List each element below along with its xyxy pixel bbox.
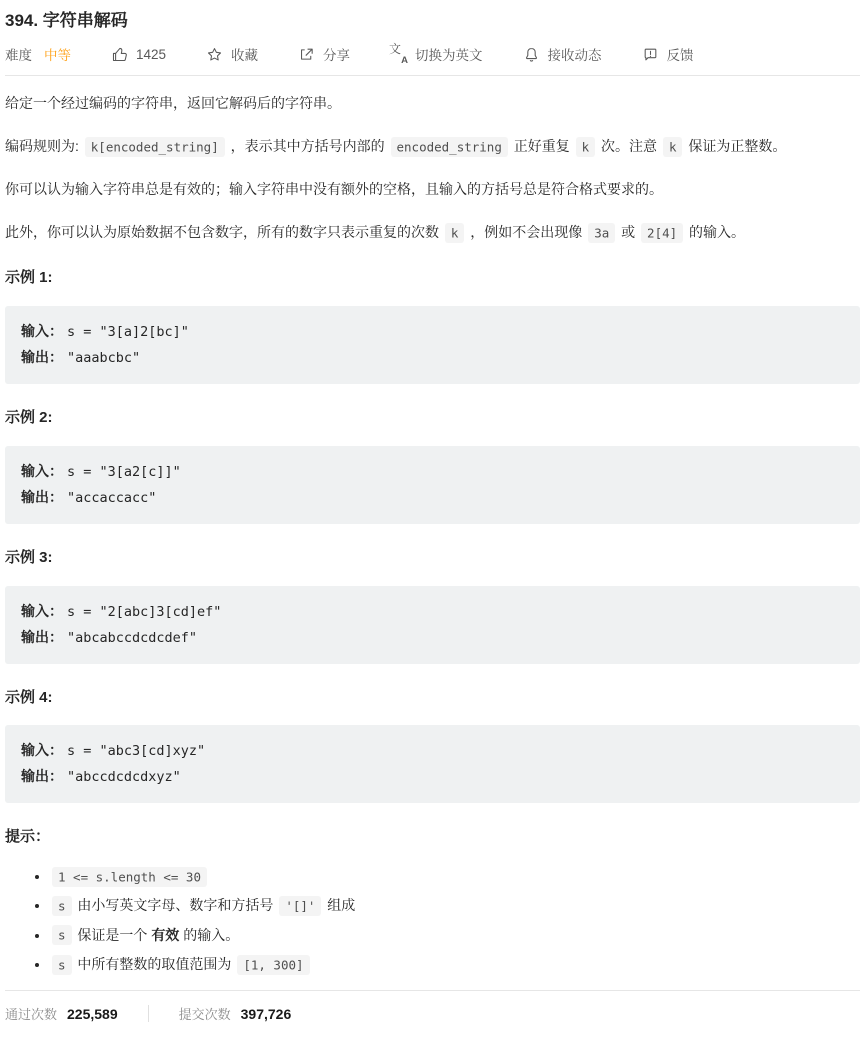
problem-description: 给定一个经过编码的字符串，返回它解码后的字符串。 编码规则为: k[encode… xyxy=(5,76,860,974)
text: 的输入。 xyxy=(179,927,239,943)
thumbs-up-icon xyxy=(111,46,128,63)
input-label: 输入： xyxy=(21,323,63,339)
input-value: s = "3[a2[c]]" xyxy=(67,464,181,480)
output-label: 输出： xyxy=(21,349,63,365)
example-output-line: 输出："abccdcdcdxyz" xyxy=(21,764,844,790)
share-icon xyxy=(298,46,315,63)
notifications-label: 接收动态 xyxy=(548,44,602,64)
input-label: 输入： xyxy=(21,742,63,758)
favorite-button[interactable]: 收藏 xyxy=(206,44,258,64)
text: 中所有整数的取值范围为 xyxy=(74,956,236,972)
example-input-line: 输入：s = "abc3[cd]xyz" xyxy=(21,738,844,764)
output-label: 输出： xyxy=(21,629,63,645)
bell-icon xyxy=(523,46,540,63)
text: 或 xyxy=(617,224,639,240)
text: 编码规则为: xyxy=(5,138,83,154)
translate-icon-a: A xyxy=(401,56,408,65)
text: 保证为正整数。 xyxy=(684,138,786,154)
output-value: "accaccacc" xyxy=(67,490,156,506)
example-input-line: 输入：s = "3[a2[c]]" xyxy=(21,459,844,485)
example-2-block: 输入：s = "3[a2[c]]"输出："accaccacc" xyxy=(5,446,860,524)
text: 正好重复 xyxy=(510,138,574,154)
feedback-icon xyxy=(642,46,659,63)
hint-item: s 中所有整数的取值范围为 [1, 300] xyxy=(50,954,860,974)
difficulty-value[interactable]: 中等 xyxy=(44,44,71,64)
switch-language-button[interactable]: 文 A 切换为英文 xyxy=(390,44,483,64)
example-1-heading: 示例 1: xyxy=(5,266,860,291)
example-3-heading: 示例 3: xyxy=(5,546,860,571)
inline-code: 2[4] xyxy=(641,223,683,243)
description-paragraph-4: 此外，你可以认为原始数据不包含数字，所有的数字只表示重复的次数 k ，例如不会出… xyxy=(5,221,860,244)
inline-code: 1 <= s.length <= 30 xyxy=(52,867,207,887)
stats-divider xyxy=(148,1005,149,1022)
accepted-count-label: 通过次数 xyxy=(5,1004,57,1023)
problem-page: 394. 字符串解码 难度 中等 1425 收藏 xyxy=(0,0,868,1037)
inline-code: 3a xyxy=(588,223,615,243)
difficulty: 难度 中等 xyxy=(5,44,71,64)
submitted-count-value: 397,726 xyxy=(241,1006,292,1022)
input-value: s = "2[abc]3[cd]ef" xyxy=(67,604,221,620)
inline-code: s xyxy=(52,955,72,975)
inline-code: k xyxy=(663,137,683,157)
accepted-count-value: 225,589 xyxy=(67,1006,118,1022)
input-value: s = "abc3[cd]xyz" xyxy=(67,743,205,759)
example-output-line: 输出："accaccacc" xyxy=(21,485,844,511)
output-label: 输出： xyxy=(21,489,63,505)
hints-heading: 提示： xyxy=(5,825,860,850)
emphasis-text: 有效 xyxy=(151,927,179,943)
output-label: 输出： xyxy=(21,768,63,784)
text: 此外，你可以认为原始数据不包含数字，所有的数字只表示重复的次数 xyxy=(5,224,443,240)
inline-code: '[]' xyxy=(279,896,321,916)
example-2-heading: 示例 2: xyxy=(5,406,860,431)
feedback-label: 反馈 xyxy=(667,44,694,64)
inline-code: k[encoded_string] xyxy=(85,137,225,157)
inline-code: [1, 300] xyxy=(237,955,309,975)
description-paragraph-3: 你可以认为输入字符串总是有效的；输入字符串中没有额外的空格，且输入的方括号总是符… xyxy=(5,178,860,201)
input-value: s = "3[a]2[bc]" xyxy=(67,324,189,340)
hint-item: 1 <= s.length <= 30 xyxy=(50,866,860,886)
inline-code: k xyxy=(445,223,465,243)
text: 保证是一个 xyxy=(74,927,152,943)
difficulty-label: 难度 xyxy=(5,44,32,64)
share-label: 分享 xyxy=(323,44,350,64)
translate-icon: 文 A xyxy=(390,46,407,63)
description-paragraph-2: 编码规则为: k[encoded_string] ，表示其中方括号内部的 enc… xyxy=(5,135,860,158)
text: 的输入。 xyxy=(685,224,745,240)
text: ，例如不会出现像 xyxy=(466,224,586,240)
share-button[interactable]: 分享 xyxy=(298,44,350,64)
translate-icon-zh: 文 xyxy=(389,43,401,55)
example-input-line: 输入：s = "2[abc]3[cd]ef" xyxy=(21,599,844,625)
inline-code: encoded_string xyxy=(391,137,508,157)
favorite-label: 收藏 xyxy=(231,44,258,64)
example-input-line: 输入：s = "3[a]2[bc]" xyxy=(21,319,844,345)
like-button[interactable]: 1425 xyxy=(111,46,166,63)
inline-code: s xyxy=(52,925,72,945)
input-label: 输入： xyxy=(21,603,63,619)
description-paragraph-1: 给定一个经过编码的字符串，返回它解码后的字符串。 xyxy=(5,92,860,115)
example-output-line: 输出："abcabccdcdcdef" xyxy=(21,625,844,651)
inline-code: s xyxy=(52,896,72,916)
switch-language-label: 切换为英文 xyxy=(415,44,483,64)
stats-footer: 通过次数 225,589 提交次数 397,726 xyxy=(5,990,860,1037)
feedback-button[interactable]: 反馈 xyxy=(642,44,694,64)
problem-toolbar: 难度 中等 1425 收藏 xyxy=(5,44,860,75)
example-3-block: 输入：s = "2[abc]3[cd]ef"输出："abcabccdcdcdef… xyxy=(5,586,860,664)
example-1-block: 输入：s = "3[a]2[bc]"输出："aaabcbc" xyxy=(5,306,860,384)
output-value: "aaabcbc" xyxy=(67,350,140,366)
star-icon xyxy=(206,46,223,63)
example-output-line: 输出："aaabcbc" xyxy=(21,345,844,371)
hint-item: s 保证是一个 有效 的输入。 xyxy=(50,925,860,945)
output-value: "abcabccdcdcdef" xyxy=(67,630,197,646)
output-value: "abccdcdcdxyz" xyxy=(67,769,181,785)
hints-list: 1 <= s.length <= 30 s 由小写英文字母、数字和方括号 '[]… xyxy=(5,866,860,974)
text: 由小写英文字母、数字和方括号 xyxy=(74,897,278,913)
text: 次。注意 xyxy=(597,138,661,154)
text: ，表示其中方括号内部的 xyxy=(227,138,389,154)
submitted-count-label: 提交次数 xyxy=(179,1004,231,1023)
example-4-heading: 示例 4: xyxy=(5,686,860,711)
problem-title: 394. 字符串解码 xyxy=(5,6,860,31)
input-label: 输入： xyxy=(21,463,63,479)
like-count: 1425 xyxy=(136,47,166,62)
example-4-block: 输入：s = "abc3[cd]xyz"输出："abccdcdcdxyz" xyxy=(5,725,860,803)
hint-item: s 由小写英文字母、数字和方括号 '[]' 组成 xyxy=(50,895,860,915)
inline-code: k xyxy=(576,137,596,157)
text: 组成 xyxy=(323,897,355,913)
notifications-button[interactable]: 接收动态 xyxy=(523,44,602,64)
